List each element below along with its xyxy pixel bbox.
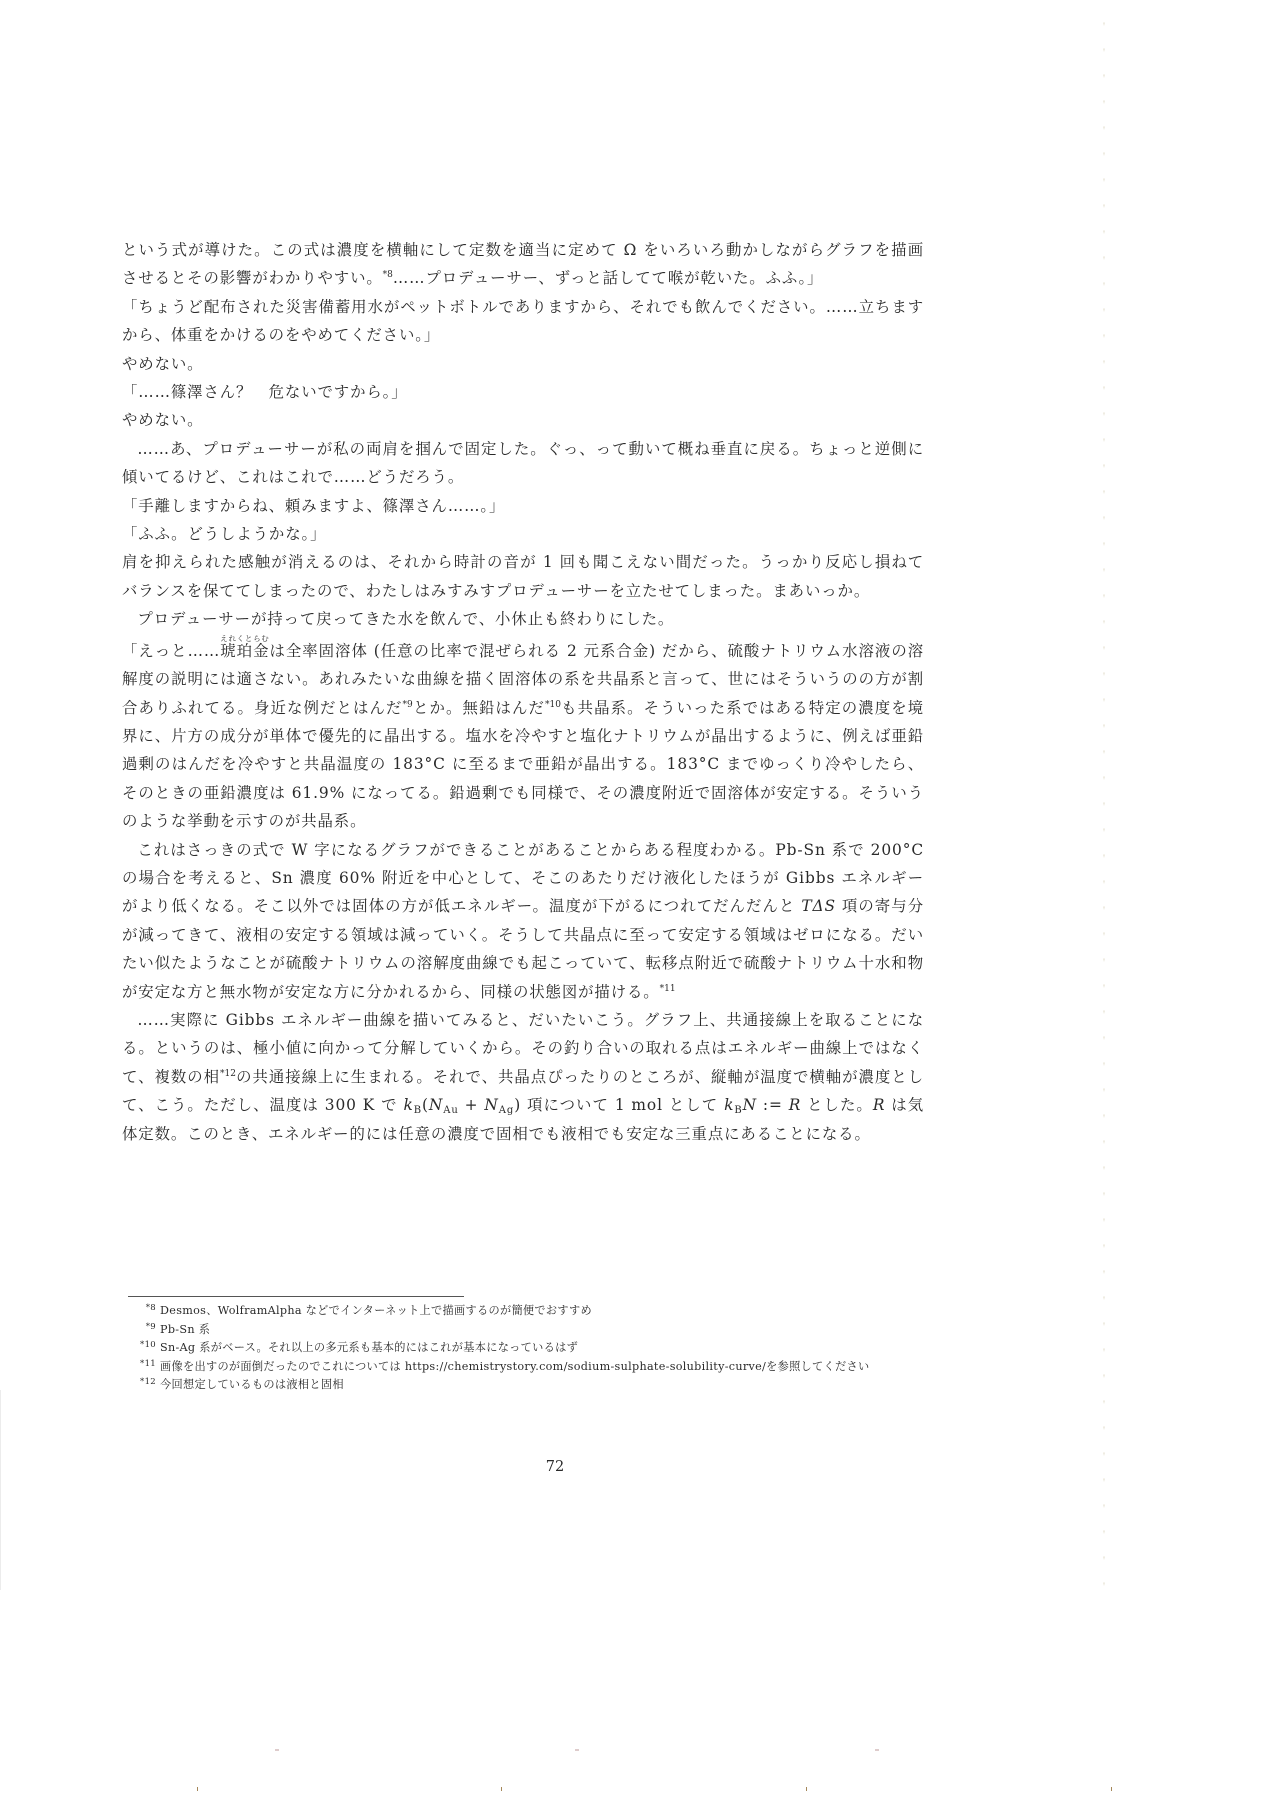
footnote-text-with-link[interactable]: 画像を出すのが面倒だったのでこれについては https://chemistrys… <box>160 1358 948 1377</box>
scan-speck <box>806 1787 807 1791</box>
paragraph-5: やめない。 <box>122 406 924 434</box>
footnote-text: 今回想定しているものは液相と固相 <box>160 1376 948 1395</box>
footnote-12: *12 今回想定しているものは液相と固相 <box>128 1376 948 1395</box>
paragraph-3: やめない。 <box>122 350 924 378</box>
scan-speck <box>197 1787 198 1791</box>
footnote-mark: *10 <box>128 1336 160 1355</box>
footnote-ref-10[interactable]: *10 <box>545 700 561 710</box>
paragraph-4: 「……篠澤さん？ 危ないですから。」 <box>122 378 924 406</box>
paragraph-1: という式が導けた。この式は濃度を横軸にして定数を適当に定めて Ω をいろいろ動か… <box>122 236 924 293</box>
body-text: という式が導けた。この式は濃度を横軸にして定数を適当に定めて Ω をいろいろ動か… <box>122 236 924 1148</box>
footnote-mark: *12 <box>128 1373 160 1392</box>
footnotes: *8 Desmos、WolframAlpha などでインターネット上で描画するの… <box>128 1302 948 1395</box>
footnote-ref-12[interactable]: *12 <box>220 1069 236 1079</box>
paragraph-11: 「えっと……琥珀金えれくとらむは全率固溶体 (任意の比率で混ぜられる 2 元系合… <box>122 634 924 836</box>
scan-speck <box>501 1787 502 1791</box>
scan-speck <box>575 1749 579 1751</box>
scan-speck <box>875 1749 879 1751</box>
math-t-delta-s: TΔS <box>801 897 836 915</box>
paragraph-2: 「ちょうど配布された災害備蓄用水がペットボトルでありますから、それでも飲んでくだ… <box>122 293 924 350</box>
paragraph-10: プロデューサーが持って戻ってきた水を飲んで、小休止も終わりにした。 <box>122 605 924 633</box>
scan-speck <box>275 1749 279 1751</box>
paragraph-12: これはさっきの式で W 字になるグラフができることがあることからある程度わかる。… <box>122 836 924 1006</box>
footnote-ref-8[interactable]: *8 <box>383 270 393 280</box>
math-kb-n-def: kBN := R <box>724 1096 801 1114</box>
paragraph-13: ……実際に Gibbs エネルギー曲線を描いてみると、だいたいこう。グラフ上、共… <box>122 1006 924 1148</box>
footnote-8: *8 Desmos、WolframAlpha などでインターネット上で描画するの… <box>128 1302 948 1321</box>
footnote-ref-9[interactable]: *9 <box>403 700 413 710</box>
footnote-11: *11 画像を出すのが面倒だったのでこれについては https://chemis… <box>128 1358 948 1377</box>
math-r: R <box>873 1096 886 1114</box>
footnote-text: Desmos、WolframAlpha などでインターネット上で描画するのが簡便… <box>160 1302 948 1321</box>
footnote-text: Pb-Sn 系 <box>160 1321 948 1340</box>
paragraph-7: 「手離しますからね、頼みますよ、篠澤さん……。」 <box>122 492 924 520</box>
page-number: 72 <box>0 1459 1110 1475</box>
footnote-text: Sn-Ag 系がベース。それ以上の多元系も基本的にはこれが基本になっているはず <box>160 1339 948 1358</box>
footnote-mark: *11 <box>128 1355 160 1374</box>
footnote-mark: *8 <box>128 1299 160 1318</box>
paragraph-9: 肩を抑えられた感触が消えるのは、それから時計の音が 1 回も聞こえない間だった。… <box>122 548 924 605</box>
footnote-ref-11[interactable]: *11 <box>660 984 676 994</box>
paragraph-8: 「ふふ。どうしようかな。」 <box>122 520 924 548</box>
footnote-mark: *9 <box>128 1318 160 1337</box>
footnote-10: *10 Sn-Ag 系がベース。それ以上の多元系も基本的にはこれが基本になってい… <box>128 1339 948 1358</box>
math-kb-n-sum: kB(NAu + NAg) <box>403 1096 521 1114</box>
scan-edge-artifact <box>1103 0 1105 1600</box>
ruby-electrum: 琥珀金えれくとらむ <box>220 642 269 660</box>
footnote-divider <box>128 1296 464 1297</box>
scan-left-edge-artifact <box>0 1390 1 1590</box>
paragraph-6: ……あ、プロデューサーが私の両肩を掴んで固定した。ぐっ、って動いて概ね垂直に戻る… <box>122 435 924 492</box>
scan-speck <box>1111 1787 1112 1791</box>
footnote-9: *9 Pb-Sn 系 <box>128 1321 948 1340</box>
scanned-page: という式が導けた。この式は濃度を横軸にして定数を適当に定めて Ω をいろいろ動か… <box>0 0 1280 1809</box>
